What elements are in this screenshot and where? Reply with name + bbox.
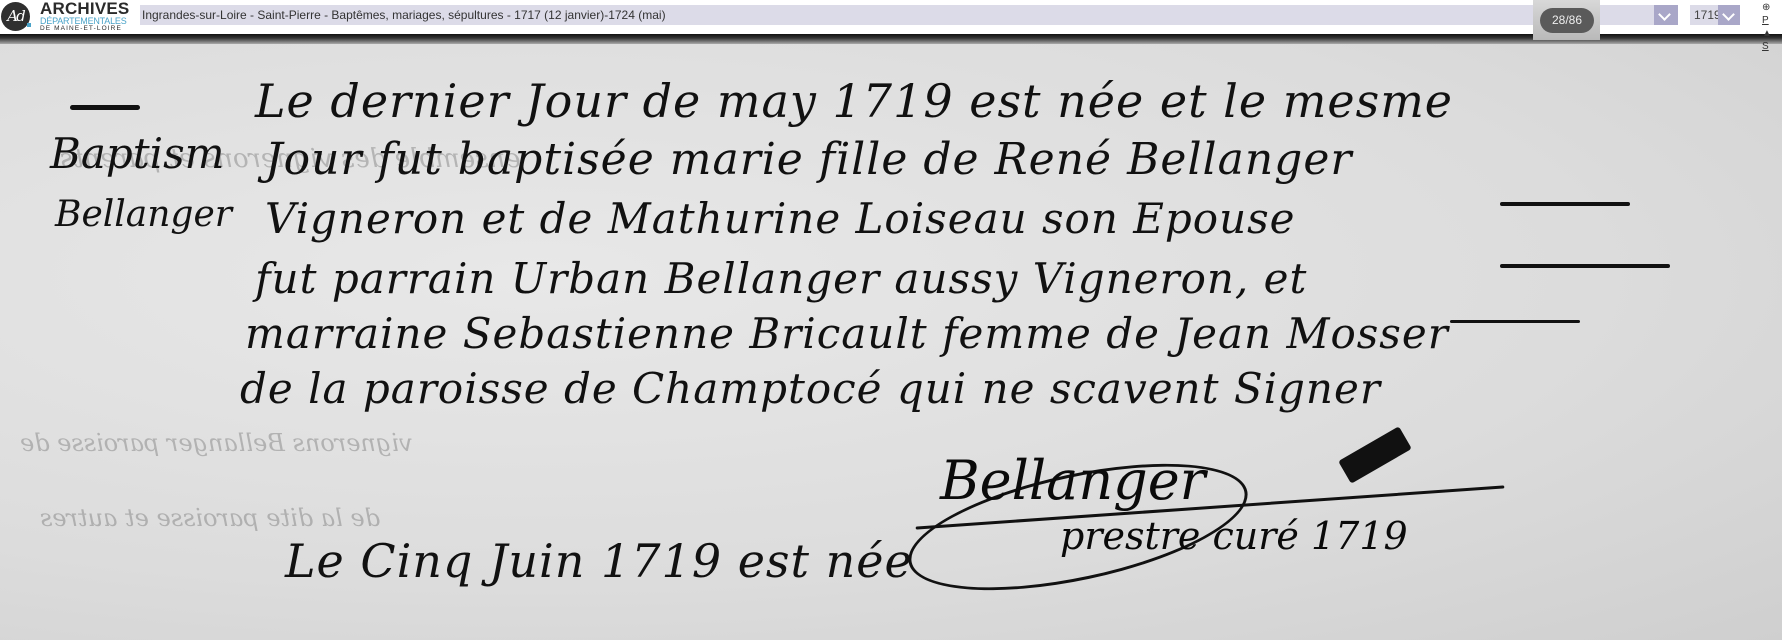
header-bar: Ad ARCHIVES DÉPARTEMENTALES DE MAINE-ET-… xyxy=(0,0,1782,34)
year-select[interactable]: 1719 xyxy=(1690,5,1740,25)
warning-icon: ▲ xyxy=(1762,27,1772,40)
monogram-icon: Ad xyxy=(1,2,30,31)
signature-title: prestre curé 1719 xyxy=(1060,514,1408,558)
plus-circle-icon: ⊕ xyxy=(1762,1,1772,14)
document-title-select[interactable]: Ingrandes-sur-Loire - Saint-Pierre - Bap… xyxy=(140,5,1655,25)
page-top-edge xyxy=(0,34,1782,44)
chevron-down-icon xyxy=(1722,8,1735,21)
ink-stroke xyxy=(70,105,140,110)
chevron-down-icon xyxy=(1658,8,1671,21)
year-value: 1719 xyxy=(1694,8,1721,22)
ink-stroke xyxy=(1450,320,1580,323)
logo-accent-dot xyxy=(27,23,31,27)
document-title: Ingrandes-sur-Loire - Saint-Pierre - Bap… xyxy=(142,8,666,22)
bleed-through-text: de la dite paroisse et autres xyxy=(40,504,380,532)
entry-line-2: Jour fut baptisée marie fille de René Be… xyxy=(265,134,1352,185)
ink-stroke xyxy=(1500,264,1670,268)
side-link-add[interactable]: ⊕P xyxy=(1762,1,1772,27)
side-link-report[interactable]: ▲S xyxy=(1762,27,1772,53)
entry-line-1: Le dernier Jour de may 1719 est née et l… xyxy=(255,74,1453,128)
document-dropdown-button[interactable] xyxy=(1654,5,1678,25)
next-entry-line: Le Cinq Juin 1719 est née xyxy=(285,534,913,588)
logo-subtitle-2: DE MAINE-ET-LOIRE xyxy=(40,25,122,32)
bleed-through-text: vignerons Bellanger paroisse de xyxy=(20,429,413,457)
margin-note-name: Bellanger xyxy=(55,194,232,235)
page-counter: 28/86 xyxy=(1540,8,1594,33)
signature: Bellanger xyxy=(940,449,1206,512)
entry-line-4: fut parrain Urban Bellanger aussy Vigner… xyxy=(255,254,1307,303)
document-image-viewer[interactable]: ensemble des vignerons et parents vigner… xyxy=(0,34,1782,640)
year-dropdown-button[interactable] xyxy=(1718,5,1740,25)
margin-note-baptism: Baptism xyxy=(50,129,224,178)
ink-stroke xyxy=(1500,202,1630,206)
ink-blot xyxy=(1338,426,1412,484)
entry-line-5: marraine Sebastienne Bricault femme de J… xyxy=(245,309,1449,358)
page-counter-overlay: 28/86 xyxy=(1533,0,1600,40)
side-links: ⊕P ▲S xyxy=(1762,1,1772,53)
entry-line-3: Vigneron et de Mathurine Loiseau son Epo… xyxy=(265,194,1296,243)
archives-logo[interactable]: Ad ARCHIVES DÉPARTEMENTALES DE MAINE-ET-… xyxy=(0,0,140,34)
entry-line-6: de la paroisse de Champtocé qui ne scave… xyxy=(240,364,1381,413)
